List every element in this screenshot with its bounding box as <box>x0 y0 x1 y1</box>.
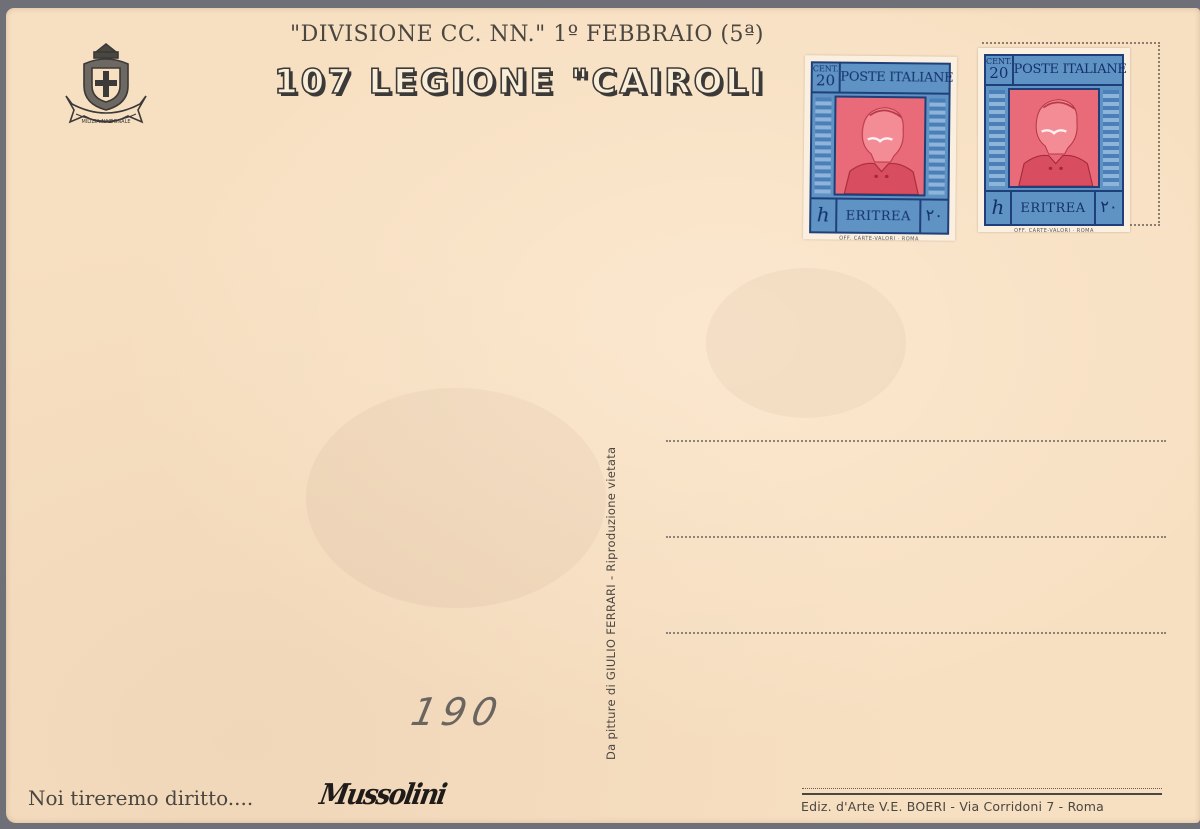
laurel-ornament-icon <box>1103 90 1119 186</box>
king-portrait-icon <box>1008 88 1100 188</box>
stamp-arabic-value: ٢٠ <box>919 200 947 232</box>
laurel-ornament-icon <box>815 97 832 193</box>
stamp-country: POSTE ITALIANE <box>1014 56 1127 84</box>
laurel-ornament-icon <box>989 90 1005 186</box>
pencil-price-note: 190 <box>407 690 507 734</box>
stamp-arabic-value: ٢٠ <box>1094 192 1122 224</box>
king-portrait-icon <box>833 96 926 197</box>
stamp-imprint: OFF. CARTE-VALORI · ROMA <box>986 228 1122 234</box>
stamp-corner-glyph: h <box>986 192 1012 224</box>
svg-text:MILIZIA NAZIONALE: MILIZIA NAZIONALE <box>81 119 130 125</box>
motto-text: Noi tireremo diritto.... <box>28 786 253 810</box>
stamp-country: POSTE ITALIANE <box>840 64 953 93</box>
address-line-1 <box>666 440 1166 442</box>
stamp-value: CENT. 20 <box>986 56 1014 84</box>
stamp-imprint: OFF. CARTE-VALORI · ROMA <box>811 235 947 242</box>
postage-stamp-2: CENT. 20 POSTE ITALIANE h ERITREA <box>978 48 1130 232</box>
stamp-corner-glyph: h <box>811 199 837 231</box>
paper-stain <box>706 268 906 418</box>
legion-title: 107 LEGIONE "CAIROLI <box>274 62 806 102</box>
publisher-imprint: Ediz. d'Arte V.E. BOERI - Via Corridoni … <box>801 799 1104 814</box>
paper-stain <box>306 388 606 608</box>
postcard: MILIZIA NAZIONALE "DIVISIONE CC. NN." 1º… <box>6 8 1200 823</box>
stamp-value: CENT. 20 <box>813 63 841 91</box>
address-line-3 <box>666 632 1166 634</box>
savoy-coat-of-arms-icon: MILIZIA NAZIONALE <box>54 38 158 138</box>
address-line-2 <box>666 536 1166 538</box>
laurel-ornament-icon <box>929 99 946 195</box>
publisher-divider <box>802 788 1162 795</box>
division-subtitle: "DIVISIONE CC. NN." 1º FEBBRAIO (5ª) <box>290 22 764 47</box>
signature: Mussolini <box>317 779 448 812</box>
artist-credit: Da pitture di GIULIO FERRARI - Riproduzi… <box>604 447 618 760</box>
stamp-overprint: ERITREA <box>1012 201 1094 216</box>
postage-stamp-1: CENT. 20 POSTE ITALIANE h ERITREA <box>803 55 957 241</box>
stamp-overprint: ERITREA <box>837 208 919 224</box>
